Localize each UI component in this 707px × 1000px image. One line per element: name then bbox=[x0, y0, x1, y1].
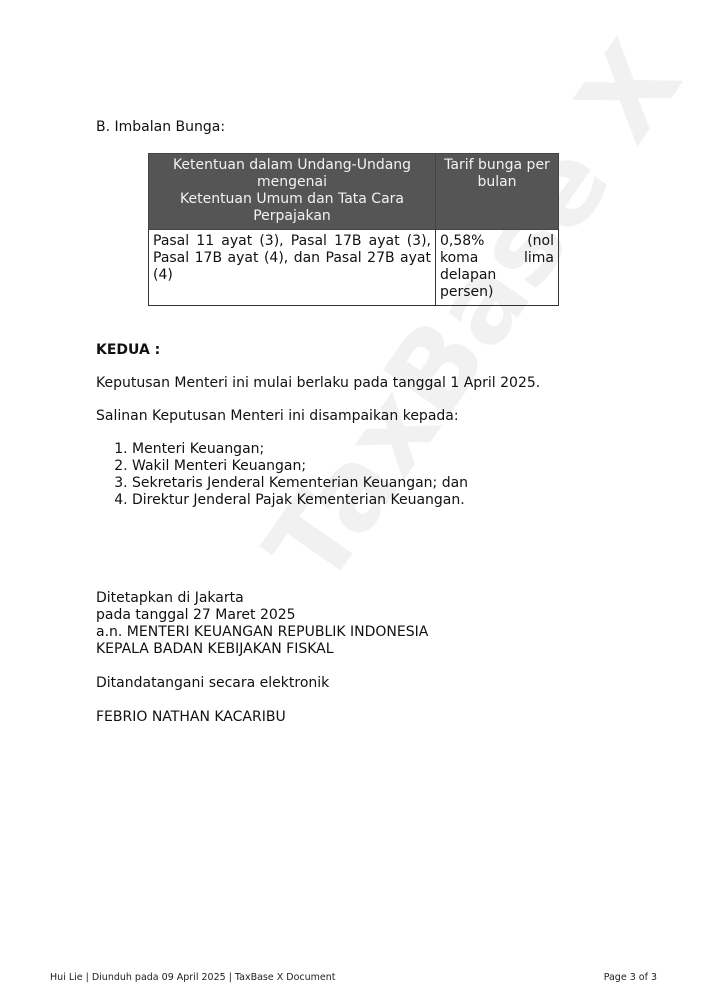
footer-download-info: Hui Lie | Diunduh pada 09 April 2025 | T… bbox=[50, 972, 335, 983]
watermark: TaxBase X bbox=[241, 20, 706, 607]
kedua-heading: KEDUA : bbox=[96, 342, 160, 359]
rate-line: delapan bbox=[440, 267, 554, 284]
table-row: Pasal 11 ayat (3), Pasal 17B ayat (3), P… bbox=[149, 230, 559, 306]
header-line: mengenai bbox=[153, 174, 431, 191]
copies-intro: Salinan Keputusan Menteri ini disampaika… bbox=[96, 408, 459, 425]
signature-on-behalf: a.n. MENTERI KEUANGAN REPUBLIK INDONESIA bbox=[96, 624, 428, 641]
header-line: Tarif bunga per bbox=[440, 157, 554, 174]
table-header-row: Ketentuan dalam Undang-Undang mengenai K… bbox=[149, 154, 559, 230]
signature-place: Ditetapkan di Jakarta bbox=[96, 590, 244, 607]
recipient-list: Menteri Keuangan; Wakil Menteri Keuangan… bbox=[96, 441, 468, 509]
signature-note: Ditandatangani secara elektronik bbox=[96, 675, 329, 692]
header-line: Perpajakan bbox=[153, 208, 431, 225]
header-provision: Ketentuan dalam Undang-Undang mengenai K… bbox=[149, 154, 436, 230]
cell-rate: 0,58%(nol komalima delapan persen) bbox=[436, 230, 559, 306]
header-line: bulan bbox=[440, 174, 554, 191]
signature-position: KEPALA BADAN KEBIJAKAN FISKAL bbox=[96, 641, 334, 658]
signature-date: pada tanggal 27 Maret 2025 bbox=[96, 607, 296, 624]
list-item: Sekretaris Jenderal Kementerian Keuangan… bbox=[132, 475, 468, 492]
rate-line: persen) bbox=[440, 284, 554, 301]
header-rate: Tarif bunga per bulan bbox=[436, 154, 559, 230]
header-line: Ketentuan Umum dan Tata Cara bbox=[153, 191, 431, 208]
signatory-name: FEBRIO NATHAN KACARIBU bbox=[96, 709, 286, 726]
section-b-heading: B. Imbalan Bunga: bbox=[96, 119, 225, 136]
rate-line: komalima bbox=[440, 250, 554, 267]
list-item: Wakil Menteri Keuangan; bbox=[132, 458, 468, 475]
effective-date-text: Keputusan Menteri ini mulai berlaku pada… bbox=[96, 375, 540, 392]
footer-page-number: Page 3 of 3 bbox=[604, 972, 657, 983]
header-line: Ketentuan dalam Undang-Undang bbox=[153, 157, 431, 174]
rate-line: 0,58%(nol bbox=[440, 233, 554, 250]
interest-rate-table: Ketentuan dalam Undang-Undang mengenai K… bbox=[148, 153, 559, 306]
list-item: Menteri Keuangan; bbox=[132, 441, 468, 458]
cell-provision: Pasal 11 ayat (3), Pasal 17B ayat (3), P… bbox=[149, 230, 436, 306]
list-item: Direktur Jenderal Pajak Kementerian Keua… bbox=[132, 492, 468, 509]
